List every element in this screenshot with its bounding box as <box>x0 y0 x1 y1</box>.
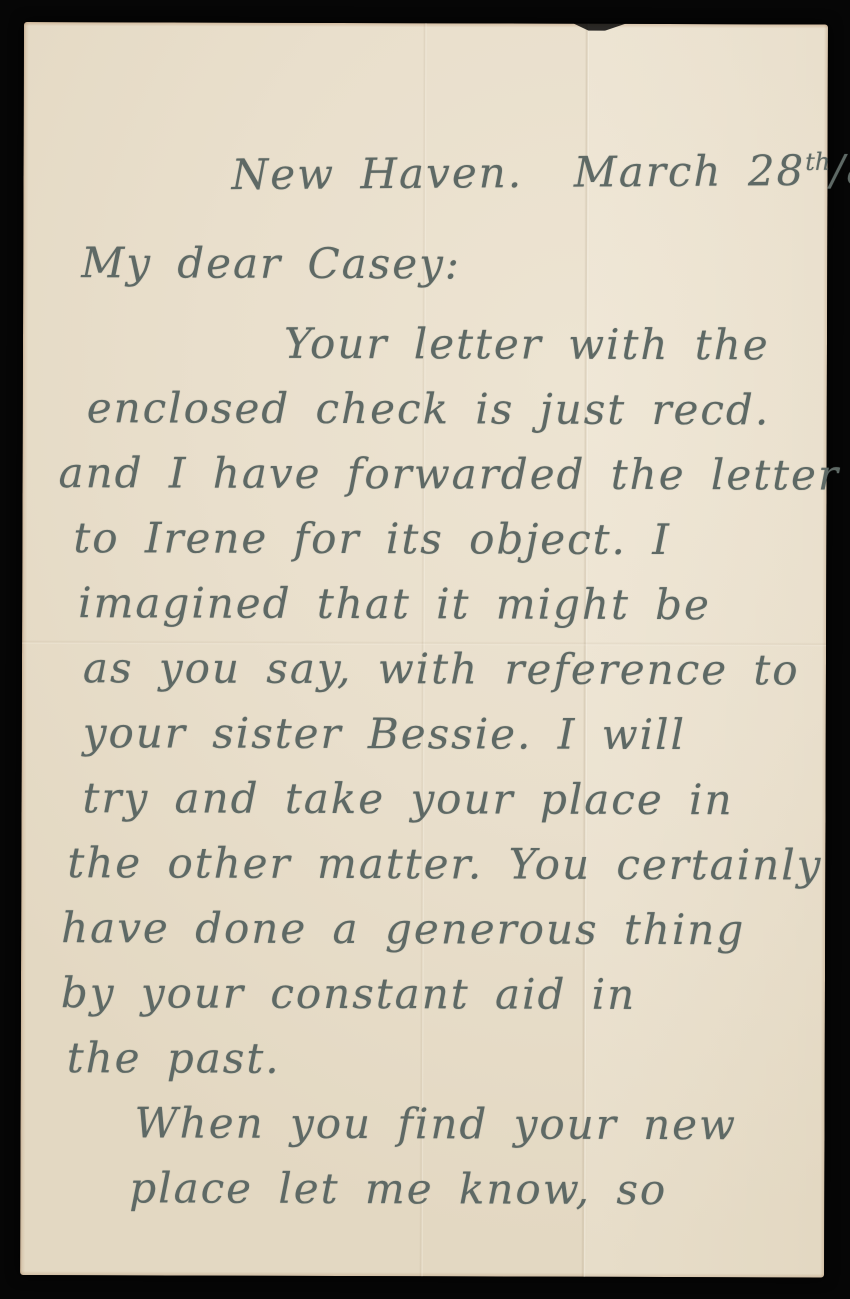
date-month-day: March 28 <box>574 146 806 197</box>
handwritten-line: to Irene for its object. I <box>73 505 818 572</box>
handwritten-line: imagined that it might be <box>78 570 818 637</box>
salutation-line: My dear Casey: <box>81 238 461 288</box>
handwritten-line: as you say, with reference to <box>83 635 818 702</box>
date-ordinal-suffix: th <box>805 148 830 176</box>
date-place: New Haven. <box>231 148 523 199</box>
letter-paper: New Haven. March 28th/87 My dear Casey: … <box>20 22 828 1278</box>
handwritten-line: try and take your place in <box>82 765 817 832</box>
date-year: /87 <box>830 145 850 195</box>
letter-body: Your letter with the enclosed check is j… <box>56 310 819 1222</box>
handwritten-line: have done a generous thing <box>61 895 817 962</box>
handwritten-line: Your letter with the <box>284 311 819 378</box>
handwritten-line: by your constant aid in <box>61 960 817 1027</box>
handwritten-line: the past. <box>67 1025 817 1092</box>
photo-backdrop: New Haven. March 28th/87 My dear Casey: … <box>0 0 850 1299</box>
handwritten-line: When you find your new <box>134 1090 816 1157</box>
handwritten-line: and I have forwarded the letter <box>58 440 818 507</box>
handwritten-line: place let me know, so <box>129 1155 816 1222</box>
handwritten-line: your sister Bessie. I will <box>83 700 818 767</box>
handwritten-line: enclosed check is just recd. <box>87 375 819 442</box>
handwritten-line: the other matter. You certainly <box>67 830 817 897</box>
date-line: New Haven. March 28th/87 <box>231 145 850 199</box>
